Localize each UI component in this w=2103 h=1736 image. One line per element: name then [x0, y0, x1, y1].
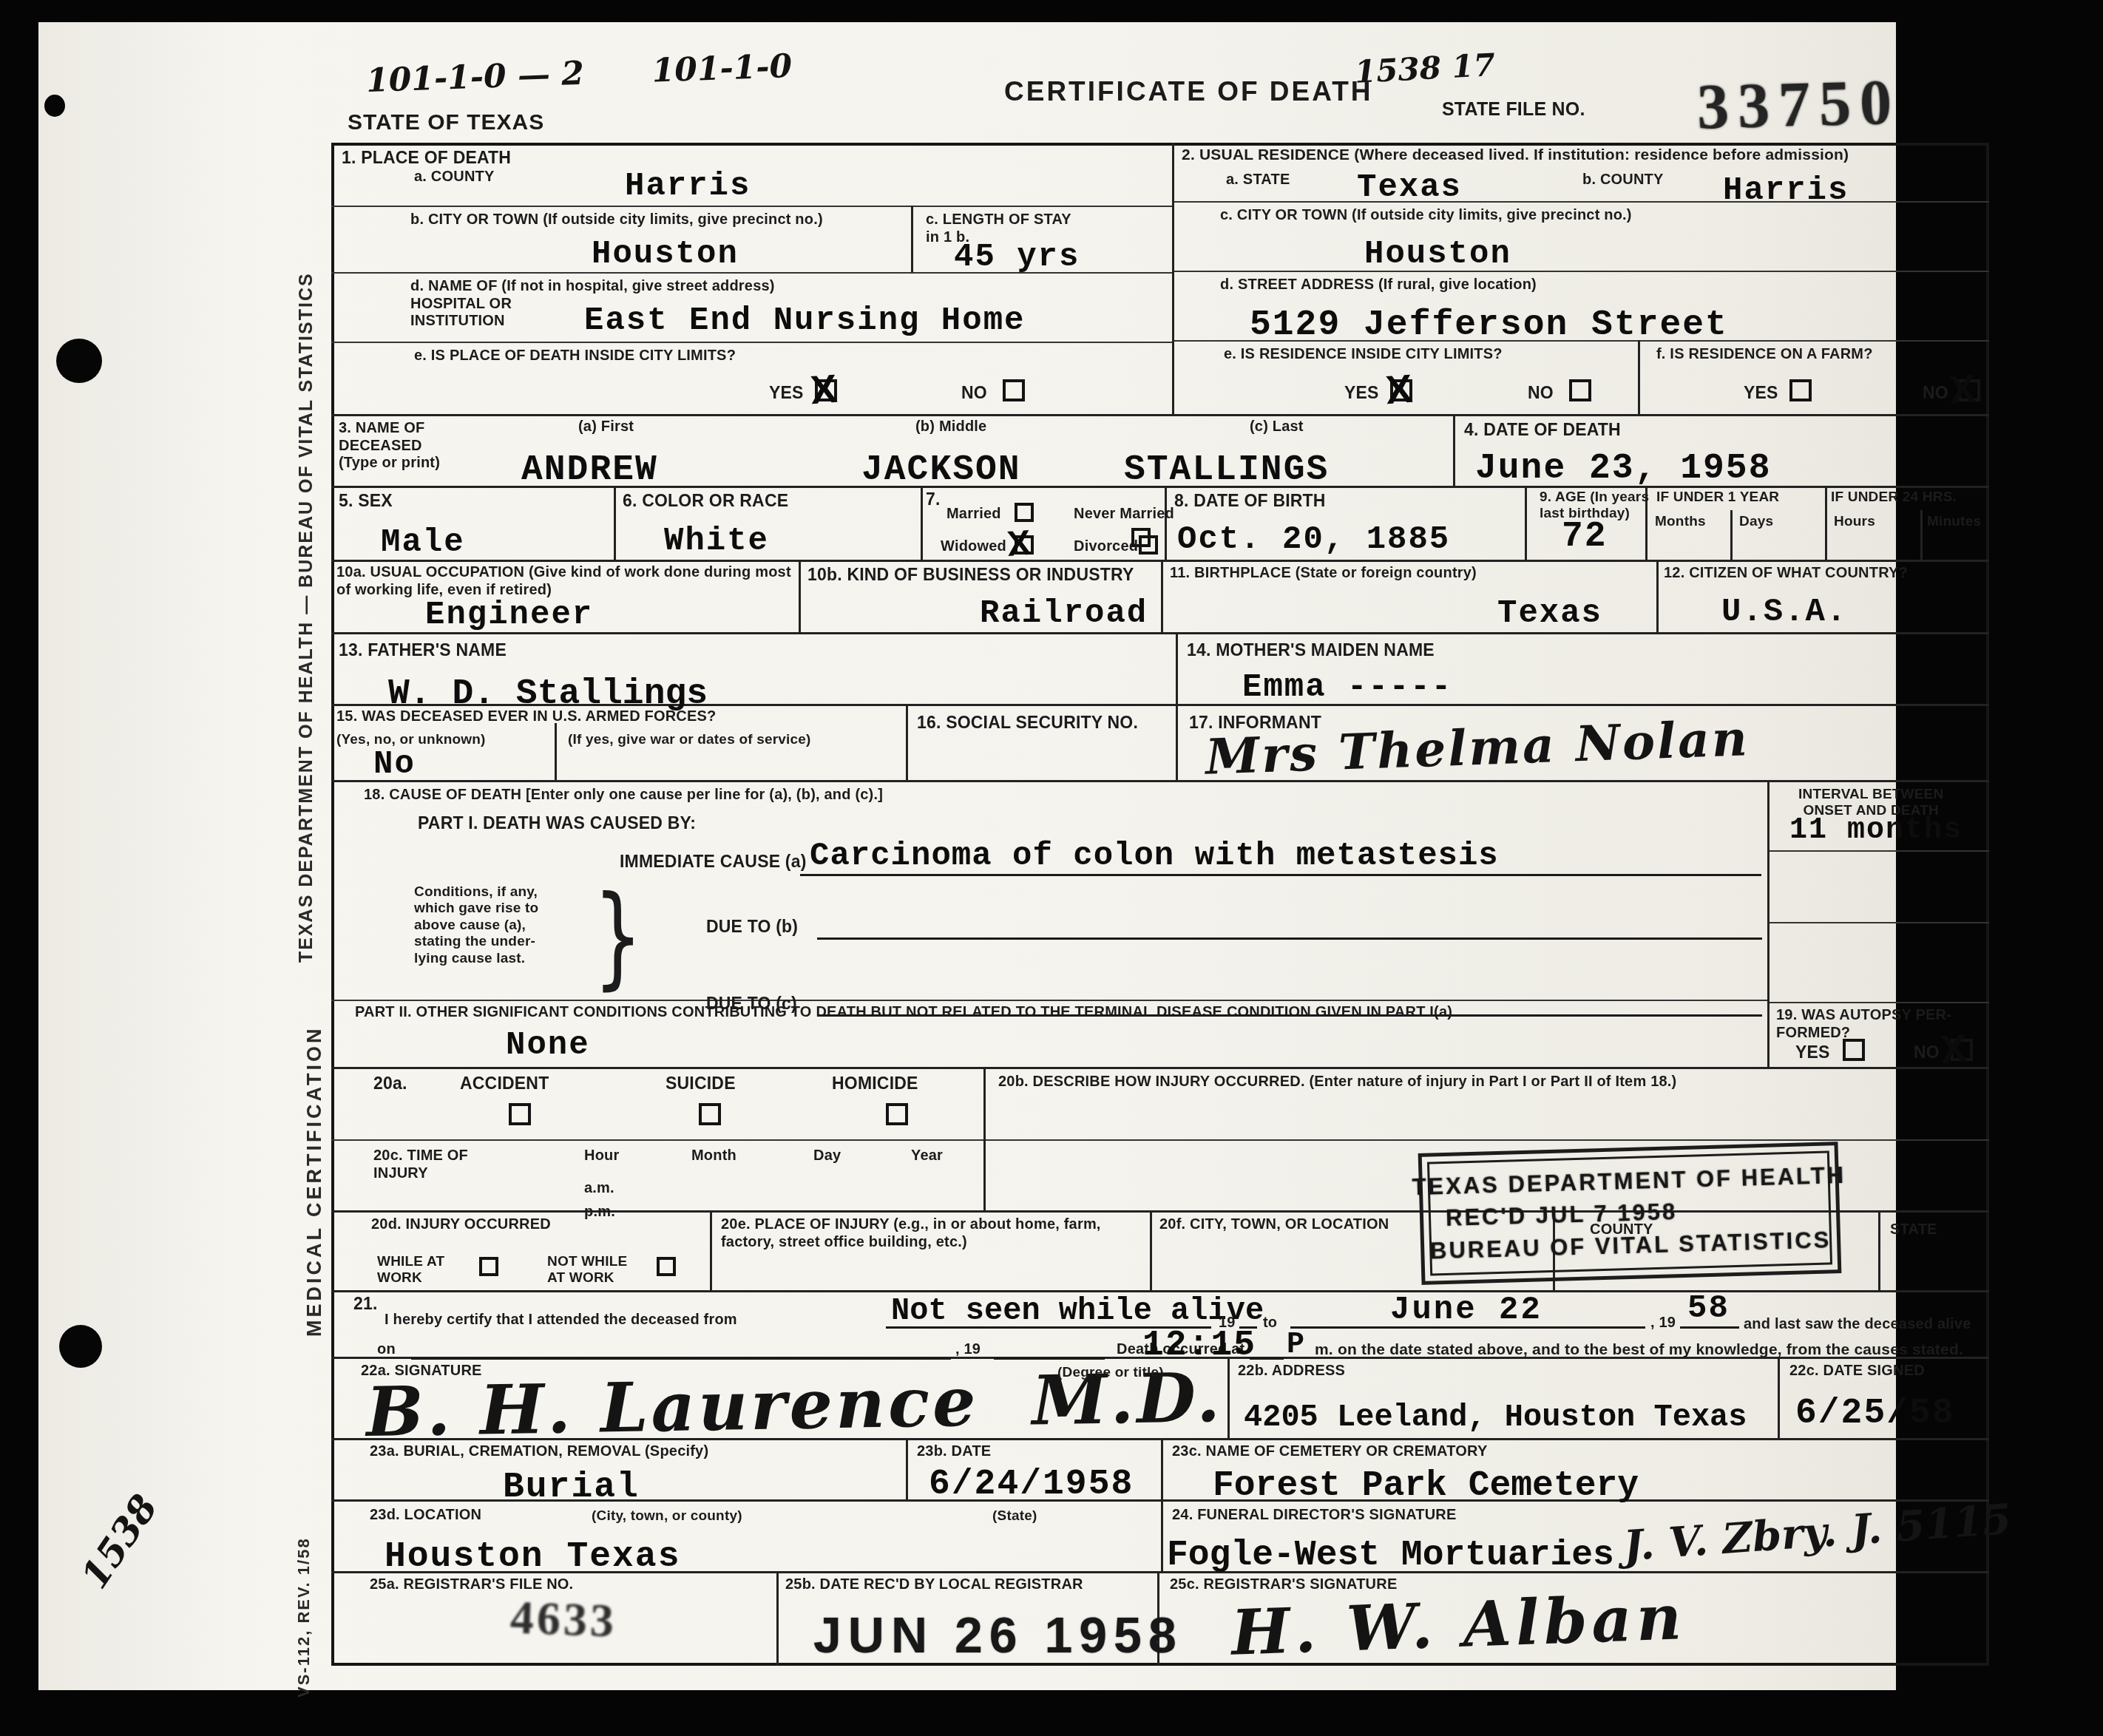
to-label: to — [1263, 1315, 1277, 1332]
color-or-race-value: White — [664, 525, 769, 557]
age-value: 72 — [1562, 519, 1608, 555]
blank-line — [800, 874, 1761, 876]
yes-checkbox — [1789, 379, 1812, 401]
no-check-mark: X — [1948, 369, 1977, 410]
birthplace-value: Texas — [1497, 597, 1602, 630]
part1-label: PART I. DEATH WAS CAUSED BY: — [418, 813, 696, 833]
certify-statement: I hereby certify that I attended the dec… — [385, 1312, 737, 1329]
usual-occupation-label: 10a. USUAL OCCUPATION (Give kind of work… — [336, 564, 791, 599]
immediate-cause-label: IMMEDIATE CAUSE (a) — [620, 852, 807, 872]
burial-location-label: 23d. LOCATION — [370, 1507, 481, 1525]
degree-or-title-label: (Degree or title) — [1057, 1365, 1164, 1381]
date-of-death-value: June 23, 1958 — [1475, 451, 1771, 486]
margin-form-number: VS-112, REV. 1/58 — [294, 1537, 314, 1698]
not-while-at-work-checkbox — [657, 1257, 676, 1276]
grid-line — [799, 560, 801, 632]
homicide-label: HOMICIDE — [832, 1074, 918, 1094]
middle-name-value: JACKSON — [861, 452, 1021, 488]
item-20a-label: 20a. — [373, 1074, 407, 1094]
widowed-check-mark: X — [1006, 526, 1032, 563]
place-of-injury-label: 20e. PLACE OF INJURY (e.g., in or about … — [721, 1216, 1139, 1251]
date-of-death-label: 4. DATE OF DEATH — [1464, 420, 1621, 440]
homicide-checkbox — [886, 1103, 908, 1125]
date-of-birth-value: Oct. 20, 1885 — [1177, 523, 1450, 556]
yes-check-mark: X — [1384, 369, 1414, 410]
funeral-director-label: 24. FUNERAL DIRECTOR'S SIGNATURE — [1172, 1507, 1457, 1525]
first-name-label: (a) First — [578, 418, 634, 436]
blank-line — [411, 1357, 951, 1360]
usual-residence-section-label: 2. USUAL RESIDENCE (Where deceased lived… — [1182, 146, 1984, 165]
margin-department-text: TEXAS DEPARTMENT OF HEALTH — BUREAU OF V… — [296, 272, 317, 963]
punch-hole — [59, 1325, 102, 1368]
accident-label: ACCIDENT — [460, 1074, 549, 1094]
mothers-maiden-name-label: 14. MOTHER'S MAIDEN NAME — [1187, 640, 1435, 660]
grid-line — [1161, 1438, 1163, 1571]
county-label: a. COUNTY — [414, 169, 494, 186]
name-of-deceased-label: 3. NAME OF DECEASED (Type or print) — [339, 420, 440, 472]
year-58-value: 58 — [1687, 1292, 1730, 1325]
widowed-label: Widowed — [941, 538, 1006, 556]
grid-line — [1150, 1210, 1152, 1290]
date-recd-label: 25b. DATE REC'D BY LOCAL REGISTRAR — [785, 1576, 1083, 1594]
grid-line — [911, 206, 913, 272]
registrar-file-no-stamp: 4633 — [509, 1594, 617, 1645]
month-label: Month — [691, 1147, 736, 1165]
state-file-number-stamp: 33750 — [1696, 69, 1901, 138]
place-of-death-section-label: 1. PLACE OF DEATH — [342, 148, 511, 168]
grid-line — [1767, 922, 1989, 923]
divorced-checkbox — [1139, 535, 1158, 555]
last-saw-alive-text: and last saw the deceased alive — [1744, 1316, 1971, 1334]
residence-county-value: Harris — [1723, 174, 1849, 207]
interval-value: 11 months — [1789, 816, 1963, 846]
grid-line — [1525, 486, 1527, 560]
armed-forces-value: No — [373, 748, 416, 781]
fathers-name-label: 13. FATHER'S NAME — [339, 640, 507, 660]
causes-stated-text: m. on the date stated above, and to the … — [1315, 1341, 1963, 1360]
funeral-director-value: Fogle-West Mortuaries — [1167, 1538, 1614, 1573]
punch-hole — [56, 339, 102, 383]
suicide-checkbox — [699, 1103, 721, 1125]
citizen-of-country-label: 12. CITIZEN OF WHAT COUNTRY? — [1664, 565, 1908, 583]
handwritten-file-number: 1538 17 — [1354, 50, 1496, 88]
residence-state-label: a. STATE — [1226, 172, 1290, 189]
grid-line — [921, 486, 923, 560]
grid-line — [1767, 850, 1989, 852]
city-town-county-sub-label: (City, town, or county) — [592, 1508, 742, 1525]
grid-line — [331, 560, 1989, 562]
minutes-label: Minutes — [1927, 514, 1981, 530]
armed-forces-label: 15. WAS DECEASED EVER IN U.S. ARMED FORC… — [336, 708, 854, 726]
residence-city-value: Houston — [1364, 238, 1511, 271]
sex-label: 5. SEX — [339, 491, 393, 511]
certificate-title: CERTIFICATE OF DEATH — [1004, 75, 1373, 108]
no-check-mark: X — [1939, 1028, 1968, 1070]
kind-of-business-label: 10b. KIND OF BUSINESS OR INDUSTRY — [807, 565, 1134, 585]
grid-line — [331, 1139, 1989, 1141]
burial-location-value: Houston Texas — [385, 1539, 680, 1575]
grid-line — [614, 486, 616, 560]
am-label: a.m. — [584, 1180, 614, 1198]
describe-injury-label: 20b. DESCRIBE HOW INJURY OCCURRED. (Ente… — [998, 1074, 1982, 1091]
state-sub-label: (State) — [992, 1508, 1037, 1525]
grid-line — [331, 1067, 1989, 1069]
injury-occurred-label: 20d. INJURY OCCURRED — [371, 1216, 551, 1234]
date-recd-stamp: JUN 26 1958 — [813, 1610, 1183, 1661]
part2-value: None — [506, 1029, 590, 1062]
blank-line — [1250, 1357, 1284, 1360]
armed-forces-sub2-label: (If yes, give war or dates of service) — [568, 732, 811, 748]
grid-line — [1172, 201, 1989, 203]
street-address-label: d. STREET ADDRESS (If rural, give locati… — [1220, 277, 1537, 294]
grid-line — [1730, 510, 1733, 560]
grid-line — [555, 723, 557, 780]
marital-status-label: 7. — [926, 489, 941, 509]
received-stamp-line3: BUREAU OF VITAL STATISTICS — [1430, 1226, 1832, 1264]
county-value: Harris — [625, 170, 751, 203]
months-label: Months — [1655, 514, 1706, 530]
scanned-death-certificate: TEXAS DEPARTMENT OF HEALTH — BUREAU OF V… — [0, 0, 2103, 1736]
grid-line — [331, 780, 1989, 782]
year-19-label: , 19 — [1650, 1315, 1676, 1332]
residence-city-limits-label: e. IS RESIDENCE INSIDE CITY LIMITS? — [1224, 346, 1503, 364]
burial-cremation-label: 23a. BURIAL, CREMATION, REMOVAL (Specify… — [370, 1443, 708, 1461]
grid-line — [1767, 1002, 1989, 1003]
yes-label: YES — [1344, 383, 1379, 403]
grid-line — [1161, 560, 1163, 632]
place-inside-city-limits-label: e. IS PLACE OF DEATH INSIDE CITY LIMITS? — [414, 347, 736, 365]
burial-date-value: 6/24/1958 — [929, 1467, 1134, 1502]
margin-medical-certification-text: MEDICAL CERTIFICATION — [303, 1026, 326, 1337]
city-value: Houston — [592, 238, 739, 271]
grid-line — [1172, 143, 1174, 414]
hours-label: Hours — [1834, 514, 1875, 530]
social-security-label: 16. SOCIAL SECURITY NO. — [917, 713, 1138, 733]
pm-typed-value: P — [1287, 1331, 1306, 1360]
if-under-1-year-label: IF UNDER 1 YEAR — [1656, 489, 1779, 506]
on-label: on — [377, 1341, 396, 1359]
pm-label: p.m. — [584, 1204, 615, 1221]
conditions-note: Conditions, if any, which gave rise to a… — [414, 884, 538, 967]
married-checkbox — [1015, 503, 1034, 522]
received-stamp-line2: REC'D JUL 7 1958 — [1431, 1198, 1678, 1233]
received-stamp-line1: TEXAS DEPARTMENT OF HEALTH — [1412, 1162, 1846, 1201]
address-label: 22b. ADDRESS — [1238, 1363, 1345, 1380]
cemetery-name-label: 23c. NAME OF CEMETERY OR CREMATORY — [1172, 1443, 1488, 1461]
state-column-label: STATE — [1890, 1221, 1937, 1239]
residence-on-farm-label: f. IS RESIDENCE ON A FARM? — [1656, 346, 1873, 364]
cause-of-death-label: 18. CAUSE OF DEATH [Enter only one cause… — [364, 787, 883, 804]
grid-line — [1638, 340, 1640, 414]
while-at-work-label: WHILE AT WORK — [377, 1254, 444, 1287]
while-at-work-checkbox — [479, 1257, 498, 1276]
mothers-maiden-name-value: Emma ----- — [1242, 671, 1452, 704]
immediate-cause-value: Carcinoma of colon with metastesis — [810, 840, 1499, 872]
attended-from-value: Not seen while alive — [891, 1295, 1264, 1326]
married-label: Married — [946, 506, 1001, 523]
if-under-24-hrs-label: IF UNDER 24 HRS. — [1831, 489, 1957, 506]
grid-line — [1453, 414, 1455, 486]
item-21-label: 21. — [353, 1294, 378, 1314]
citizen-of-country-value: U.S.A. — [1721, 596, 1847, 628]
yes-check-mark: X — [809, 369, 839, 410]
day-label: Day — [813, 1147, 841, 1165]
city-town-location-label: 20f. CITY, TOWN, OR LOCATION — [1159, 1216, 1389, 1234]
received-stamp: TEXAS DEPARTMENT OF HEALTH REC'D JUL 7 1… — [1418, 1142, 1842, 1285]
grid-line — [1920, 510, 1923, 560]
suicide-label: SUICIDE — [666, 1074, 736, 1094]
blank-line — [1680, 1326, 1739, 1329]
yes-label: YES — [1744, 383, 1778, 403]
last-name-value: STALLINGS — [1124, 452, 1329, 488]
punch-hole — [44, 95, 65, 117]
never-married-label: Never Married — [1074, 506, 1174, 523]
part2-label: PART II. OTHER SIGNIFICANT CONDITIONS CO… — [355, 1004, 1760, 1022]
brace-glyph: } — [593, 881, 643, 992]
no-checkbox — [1003, 379, 1025, 401]
residence-state-value: Texas — [1357, 172, 1462, 204]
not-while-at-work-label: NOT WHILE AT WORK — [547, 1254, 627, 1287]
yes-checkbox — [1843, 1039, 1865, 1061]
no-label: NO — [1528, 383, 1554, 403]
grid-line — [331, 1290, 1989, 1292]
usual-occupation-value: Engineer — [425, 599, 593, 631]
burial-value: Burial — [503, 1470, 640, 1505]
year-label: Year — [911, 1147, 943, 1165]
no-label: NO — [1923, 383, 1948, 403]
grid-line — [331, 414, 1989, 416]
first-name-value: ANDREW — [521, 452, 658, 488]
days-label: Days — [1739, 514, 1773, 530]
blank-line — [817, 937, 1762, 940]
grid-line — [331, 1000, 1767, 1001]
color-or-race-label: 6. COLOR OR RACE — [623, 491, 788, 511]
no-checkbox — [1569, 379, 1591, 401]
grid-line — [331, 206, 1172, 207]
last-name-label: (c) Last — [1250, 418, 1304, 436]
grid-line — [983, 1067, 986, 1210]
grid-line — [1767, 780, 1770, 1067]
sex-value: Male — [381, 526, 465, 559]
no-label: NO — [1914, 1042, 1940, 1062]
residence-county-label: b. COUNTY — [1582, 172, 1664, 189]
institution-value: East End Nursing Home — [584, 305, 1026, 337]
hour-label: Hour — [584, 1147, 619, 1165]
grid-line — [1778, 1357, 1780, 1438]
state-file-no-label: STATE FILE NO. — [1442, 99, 1585, 121]
grid-line — [1656, 560, 1659, 632]
grid-line — [331, 342, 1172, 343]
grid-line — [1825, 486, 1827, 560]
due-to-b-label: DUE TO (b) — [706, 917, 798, 937]
yes-label: YES — [769, 383, 804, 403]
grid-line — [776, 1571, 779, 1666]
cemetery-name-value: Forest Park Cemetery — [1213, 1468, 1639, 1504]
grid-line — [710, 1210, 712, 1290]
street-address-value: 5129 Jefferson Street — [1250, 308, 1728, 343]
length-of-stay-value: 45 yrs — [954, 241, 1080, 274]
state-of-texas-label: STATE OF TEXAS — [348, 109, 544, 135]
date-of-birth-label: 8. DATE OF BIRTH — [1174, 491, 1326, 511]
date-signed-value: 6/25/58 — [1795, 1396, 1955, 1431]
grid-line — [1172, 271, 1989, 272]
time-of-injury-label: 20c. TIME OF INJURY — [373, 1147, 468, 1182]
birthplace-label: 11. BIRTHPLACE (State or foreign country… — [1170, 565, 1477, 583]
residence-city-label: c. CITY OR TOWN (If outside city limits,… — [1220, 207, 1632, 225]
attended-to-value: June 22 — [1390, 1294, 1542, 1326]
middle-name-label: (b) Middle — [915, 418, 986, 436]
fathers-name-value: W. D. Stallings — [388, 677, 708, 712]
grid-line — [906, 704, 908, 780]
city-or-town-label: b. CITY OR TOWN (If outside city limits,… — [410, 211, 823, 229]
received-stamp-inner: TEXAS DEPARTMENT OF HEALTH REC'D JUL 7 1… — [1427, 1150, 1832, 1275]
no-label: NO — [961, 383, 987, 403]
divorced-label: Divorced — [1074, 538, 1138, 556]
address-value: 4205 Leeland, Houston Texas — [1244, 1402, 1747, 1433]
grid-line — [906, 1438, 908, 1499]
grid-line — [1176, 632, 1178, 780]
yes-label: YES — [1795, 1042, 1830, 1062]
grid-line — [1878, 1210, 1880, 1290]
accident-checkbox — [509, 1103, 531, 1125]
autopsy-label: 19. WAS AUTOPSY PER- FORMED? — [1776, 1007, 1951, 1042]
date-signed-label: 22c. DATE SIGNED — [1789, 1363, 1925, 1380]
grid-line — [1227, 1357, 1230, 1438]
burial-date-label: 23b. DATE — [917, 1443, 991, 1461]
blank-line — [1290, 1326, 1645, 1329]
year-19-label: , 19 — [955, 1341, 981, 1359]
kind-of-business-value: Railroad — [980, 597, 1148, 630]
